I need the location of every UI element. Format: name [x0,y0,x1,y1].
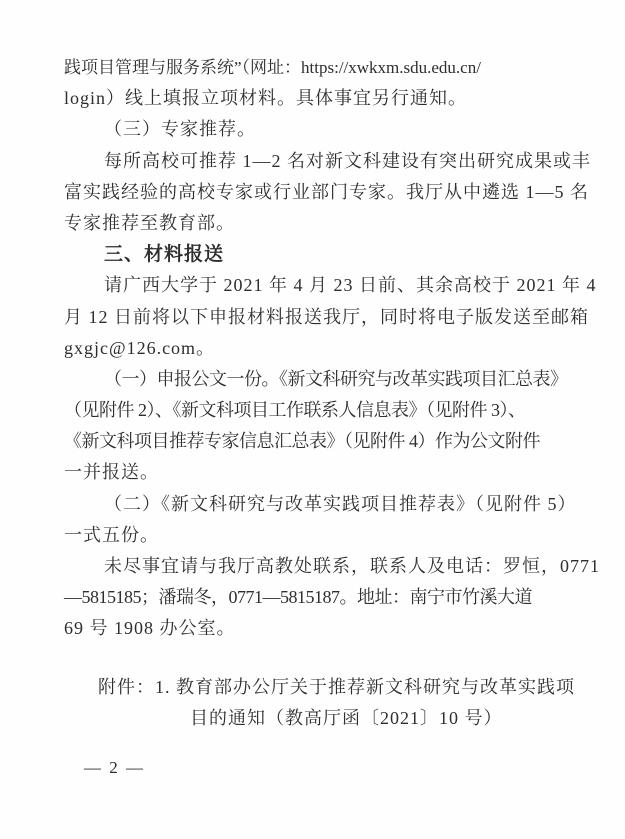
body-line: 专家推荐至教育部。 [64,208,566,239]
attachment-line-2: 目的通知（教高厅函〔2021〕10 号） [64,703,566,734]
body-line: （三）专家推荐。 [64,114,566,145]
body-line: login）线上填报立项材料。具体事宜另行通知。 [64,83,566,114]
body-line: 《新文科项目推荐专家信息汇总表》（见附件 4）作为公文附件 [64,426,566,457]
body-line: （一）申报公文一份。《新文科研究与改革实践项目汇总表》 [64,364,566,395]
attachment-line-1: 附件：1. 教育部办公厅关于推荐新文科研究与改革实践项 [64,672,566,703]
page-number: — 2 — [84,752,145,783]
body-line: 月 12 日前将以下申报材料报送我厅，同时将电子版发送至邮箱 [64,302,566,333]
body-line: 未尽事宜请与我厅高教处联系，联系人及电话：罗恒，0771 [64,551,566,582]
body-line: 69 号 1908 办公室。 [64,613,566,644]
body-line: —5815185；潘瑞冬，0771—5815187。地址：南宁市竹溪大道 [64,582,566,613]
document-content: 践项目管理与服务系统”（网址：https://xwkxm.sdu.edu.cn/… [64,52,566,734]
body-line: 请广西大学于 2021 年 4 月 23 日前、其余高校于 2021 年 4 [64,270,566,301]
attachment-list: 附件：1. 教育部办公厅关于推荐新文科研究与改革实践项 目的通知（教高厅函〔20… [64,672,566,734]
document-page: 践项目管理与服务系统”（网址：https://xwkxm.sdu.edu.cn/… [0,0,625,839]
section-heading: 三、材料报送 [64,239,566,270]
body-line: 一并报送。 [64,457,566,488]
body-line: 每所高校可推荐 1—2 名对新文科建设有突出研究成果或丰 [64,146,566,177]
body-line: gxgjc@126.com。 [64,333,566,364]
body-line: 践项目管理与服务系统”（网址：https://xwkxm.sdu.edu.cn/ [64,52,566,83]
body-line: 富实践经验的高校专家或行业部门专家。我厅从中遴选 1—5 名 [64,177,566,208]
body-line: （见附件 2）、《新文科项目工作联系人信息表》（见附件 3）、 [64,395,566,426]
body-line: （二）《新文科研究与改革实践项目推荐表》（见附件 5） [64,489,566,520]
body-line: 一式五份。 [64,520,566,551]
